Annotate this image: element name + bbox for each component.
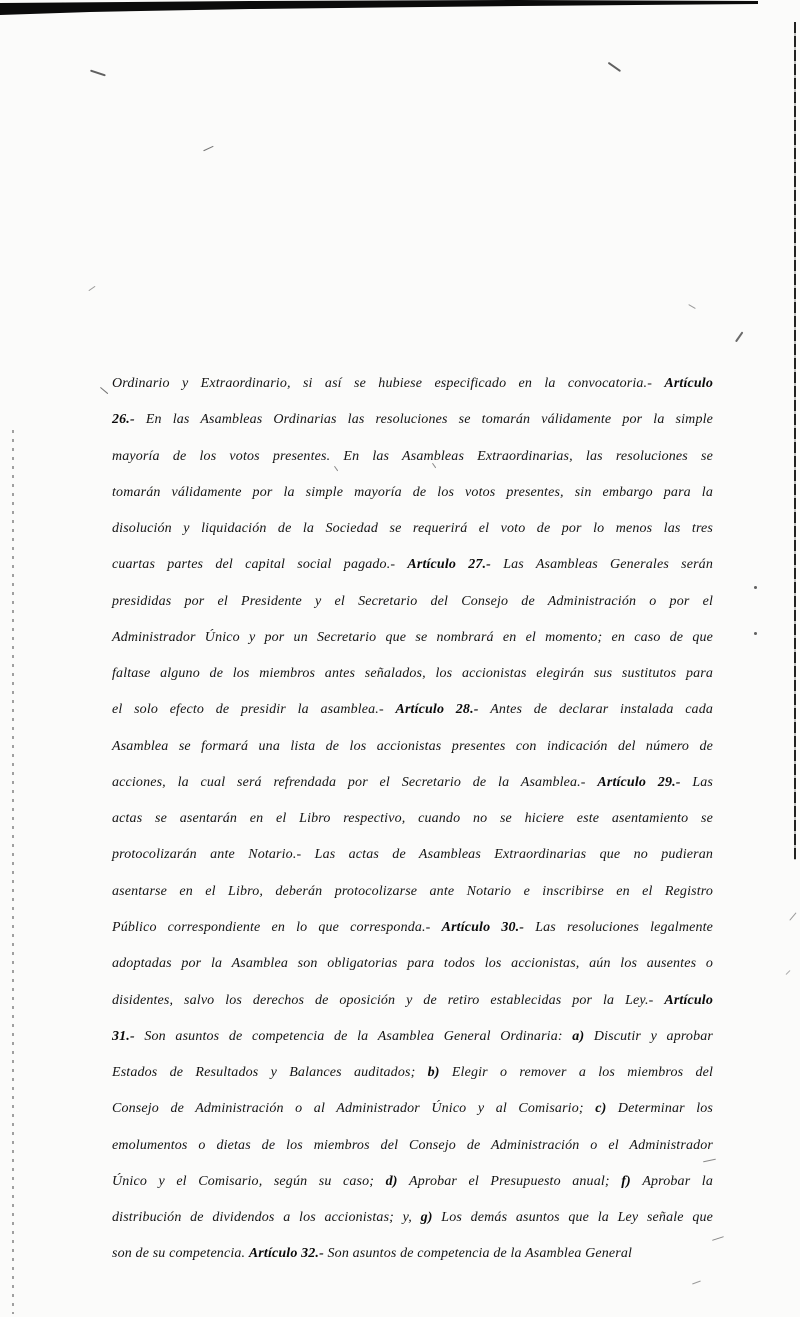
scan-speck (692, 1280, 701, 1284)
scan-speck (754, 632, 757, 635)
text-segment: Único y el Comisario, según su caso; (112, 1174, 386, 1189)
text-line: Estados de Resultados y Balances auditad… (112, 1055, 713, 1091)
text-segment: Elegir o remover a los miembros del (452, 1065, 713, 1080)
text-segment: adoptadas por la Asamblea son obligatori… (112, 956, 713, 971)
scan-speck (100, 387, 109, 394)
scan-speck (789, 912, 796, 920)
text-line: faltase alguno de los miembros antes señ… (112, 656, 713, 692)
text-segment: Ordinario y Extraordinario, si así se hu… (112, 376, 664, 391)
scan-speck (786, 970, 791, 975)
bold-text-segment: d) (386, 1174, 409, 1189)
text-segment: mayoría de los votos presentes. En las A… (112, 449, 713, 464)
text-segment: Las Asambleas Generales serán (503, 557, 713, 572)
text-segment: el solo efecto de presidir la asamblea.- (112, 702, 395, 717)
scanned-document-page: Ordinario y Extraordinario, si así se hu… (0, 0, 800, 1317)
bold-text-segment: f) (621, 1174, 642, 1189)
text-line: adoptadas por la Asamblea son obligatori… (112, 946, 713, 982)
bold-text-segment: Artículo (664, 993, 713, 1008)
text-line: Consejo de Administración o al Administr… (112, 1091, 713, 1127)
scan-speck (712, 1236, 724, 1241)
text-line: el solo efecto de presidir la asamblea.-… (112, 692, 713, 728)
text-line: 26.- En las Asambleas Ordinarias las res… (112, 402, 713, 438)
text-line: disolución y liquidación de la Sociedad … (112, 511, 713, 547)
bold-text-segment: Artículo 29.- (597, 775, 692, 790)
text-line: presididas por el Presidente y el Secret… (112, 584, 713, 620)
text-segment: Las resoluciones legalmente (535, 920, 713, 935)
text-line: distribución de dividendos a los accioni… (112, 1200, 713, 1236)
text-segment: Público correspondiente en lo que corres… (112, 920, 442, 935)
bold-text-segment: b) (428, 1065, 452, 1080)
scan-speck (88, 286, 95, 292)
text-segment: Determinar los (618, 1101, 713, 1116)
text-line: Ordinario y Extraordinario, si así se hu… (112, 366, 713, 402)
text-line: emolumentos o dietas de los miembros del… (112, 1128, 713, 1164)
scan-speck (754, 586, 757, 589)
bold-text-segment: Artículo 27.- (407, 557, 503, 572)
text-segment: Las (692, 775, 713, 790)
text-segment: Los demás asuntos que la Ley señale que (441, 1210, 713, 1225)
text-segment: disolución y liquidación de la Sociedad … (112, 521, 713, 536)
scan-right-edge-line (794, 22, 796, 860)
bold-text-segment: Artículo 30.- (442, 920, 536, 935)
bold-text-segment: g) (421, 1210, 442, 1225)
text-line: Asamblea se formará una lista de los acc… (112, 729, 713, 765)
text-segment: distribución de dividendos a los accioni… (112, 1210, 421, 1225)
text-line: disidentes, salvo los derechos de oposic… (112, 983, 713, 1019)
bold-text-segment: Artículo (664, 376, 713, 391)
text-segment: emolumentos o dietas de los miembros del… (112, 1138, 713, 1153)
text-segment: Consejo de Administración o al Administr… (112, 1101, 595, 1116)
text-line: 31.- Son asuntos de competencia de la As… (112, 1019, 713, 1055)
text-segment: disidentes, salvo los derechos de oposic… (112, 993, 664, 1008)
scan-speck (203, 146, 214, 152)
text-line: asentarse en el Libro, deberán protocoli… (112, 874, 713, 910)
text-segment: Asamblea se formará una lista de los acc… (112, 739, 713, 754)
text-segment: Aprobar la (642, 1174, 713, 1189)
text-segment: Son asuntos de competencia de la Asamble… (328, 1246, 633, 1261)
text-segment: son de su competencia. (112, 1246, 249, 1261)
scan-speck (608, 62, 621, 72)
bold-text-segment: 26.- (112, 412, 146, 427)
text-line: mayoría de los votos presentes. En las A… (112, 439, 713, 475)
text-segment: asentarse en el Libro, deberán protocoli… (112, 884, 713, 899)
text-segment: cuartas partes del capital social pagado… (112, 557, 407, 572)
text-segment: acciones, la cual será refrendada por el… (112, 775, 597, 790)
text-line: cuartas partes del capital social pagado… (112, 547, 713, 583)
text-line: protocolizarán ante Notario.- Las actas … (112, 837, 713, 873)
text-segment: Antes de declarar instalada cada (490, 702, 713, 717)
text-line: Único y el Comisario, según su caso; d) … (112, 1164, 713, 1200)
text-line: Público correspondiente en lo que corres… (112, 910, 713, 946)
text-segment: Administrador Único y por un Secretario … (112, 630, 713, 645)
text-segment: Aprobar el Presupuesto anual; (409, 1174, 621, 1189)
text-segment: Son asuntos de competencia de la Asamble… (144, 1029, 572, 1044)
bold-text-segment: c) (595, 1101, 618, 1116)
text-segment: Discutir y aprobar (594, 1029, 713, 1044)
text-segment: tomarán válidamente por la simple mayorí… (112, 485, 713, 500)
text-segment: faltase alguno de los miembros antes señ… (112, 666, 713, 681)
text-segment: Estados de Resultados y Balances auditad… (112, 1065, 428, 1080)
text-line: Administrador Único y por un Secretario … (112, 620, 713, 656)
text-segment: presididas por el Presidente y el Secret… (112, 594, 713, 609)
scan-speck (735, 331, 743, 342)
text-line: acciones, la cual será refrendada por el… (112, 765, 713, 801)
bold-text-segment: Artículo 28.- (395, 702, 490, 717)
text-line: tomarán válidamente por la simple mayorí… (112, 475, 713, 511)
text-segment: En las Asambleas Ordinarias las resoluci… (146, 412, 713, 427)
bold-text-segment: a) (572, 1029, 594, 1044)
scan-left-edge-line (12, 430, 14, 1314)
scan-speck (90, 70, 106, 76)
photocopy-top-edge-artifact (0, 0, 800, 22)
scan-speck (688, 304, 696, 309)
bold-text-segment: 31.- (112, 1029, 144, 1044)
text-block: Ordinario y Extraordinario, si así se hu… (112, 366, 713, 1273)
text-line: son de su competencia. Artículo 32.- Son… (112, 1236, 713, 1272)
text-segment: protocolizarán ante Notario.- Las actas … (112, 847, 713, 862)
bold-text-segment: Artículo 32.- (249, 1246, 328, 1261)
text-segment: actas se asentarán en el Libro respectiv… (112, 811, 713, 826)
text-line: actas se asentarán en el Libro respectiv… (112, 801, 713, 837)
